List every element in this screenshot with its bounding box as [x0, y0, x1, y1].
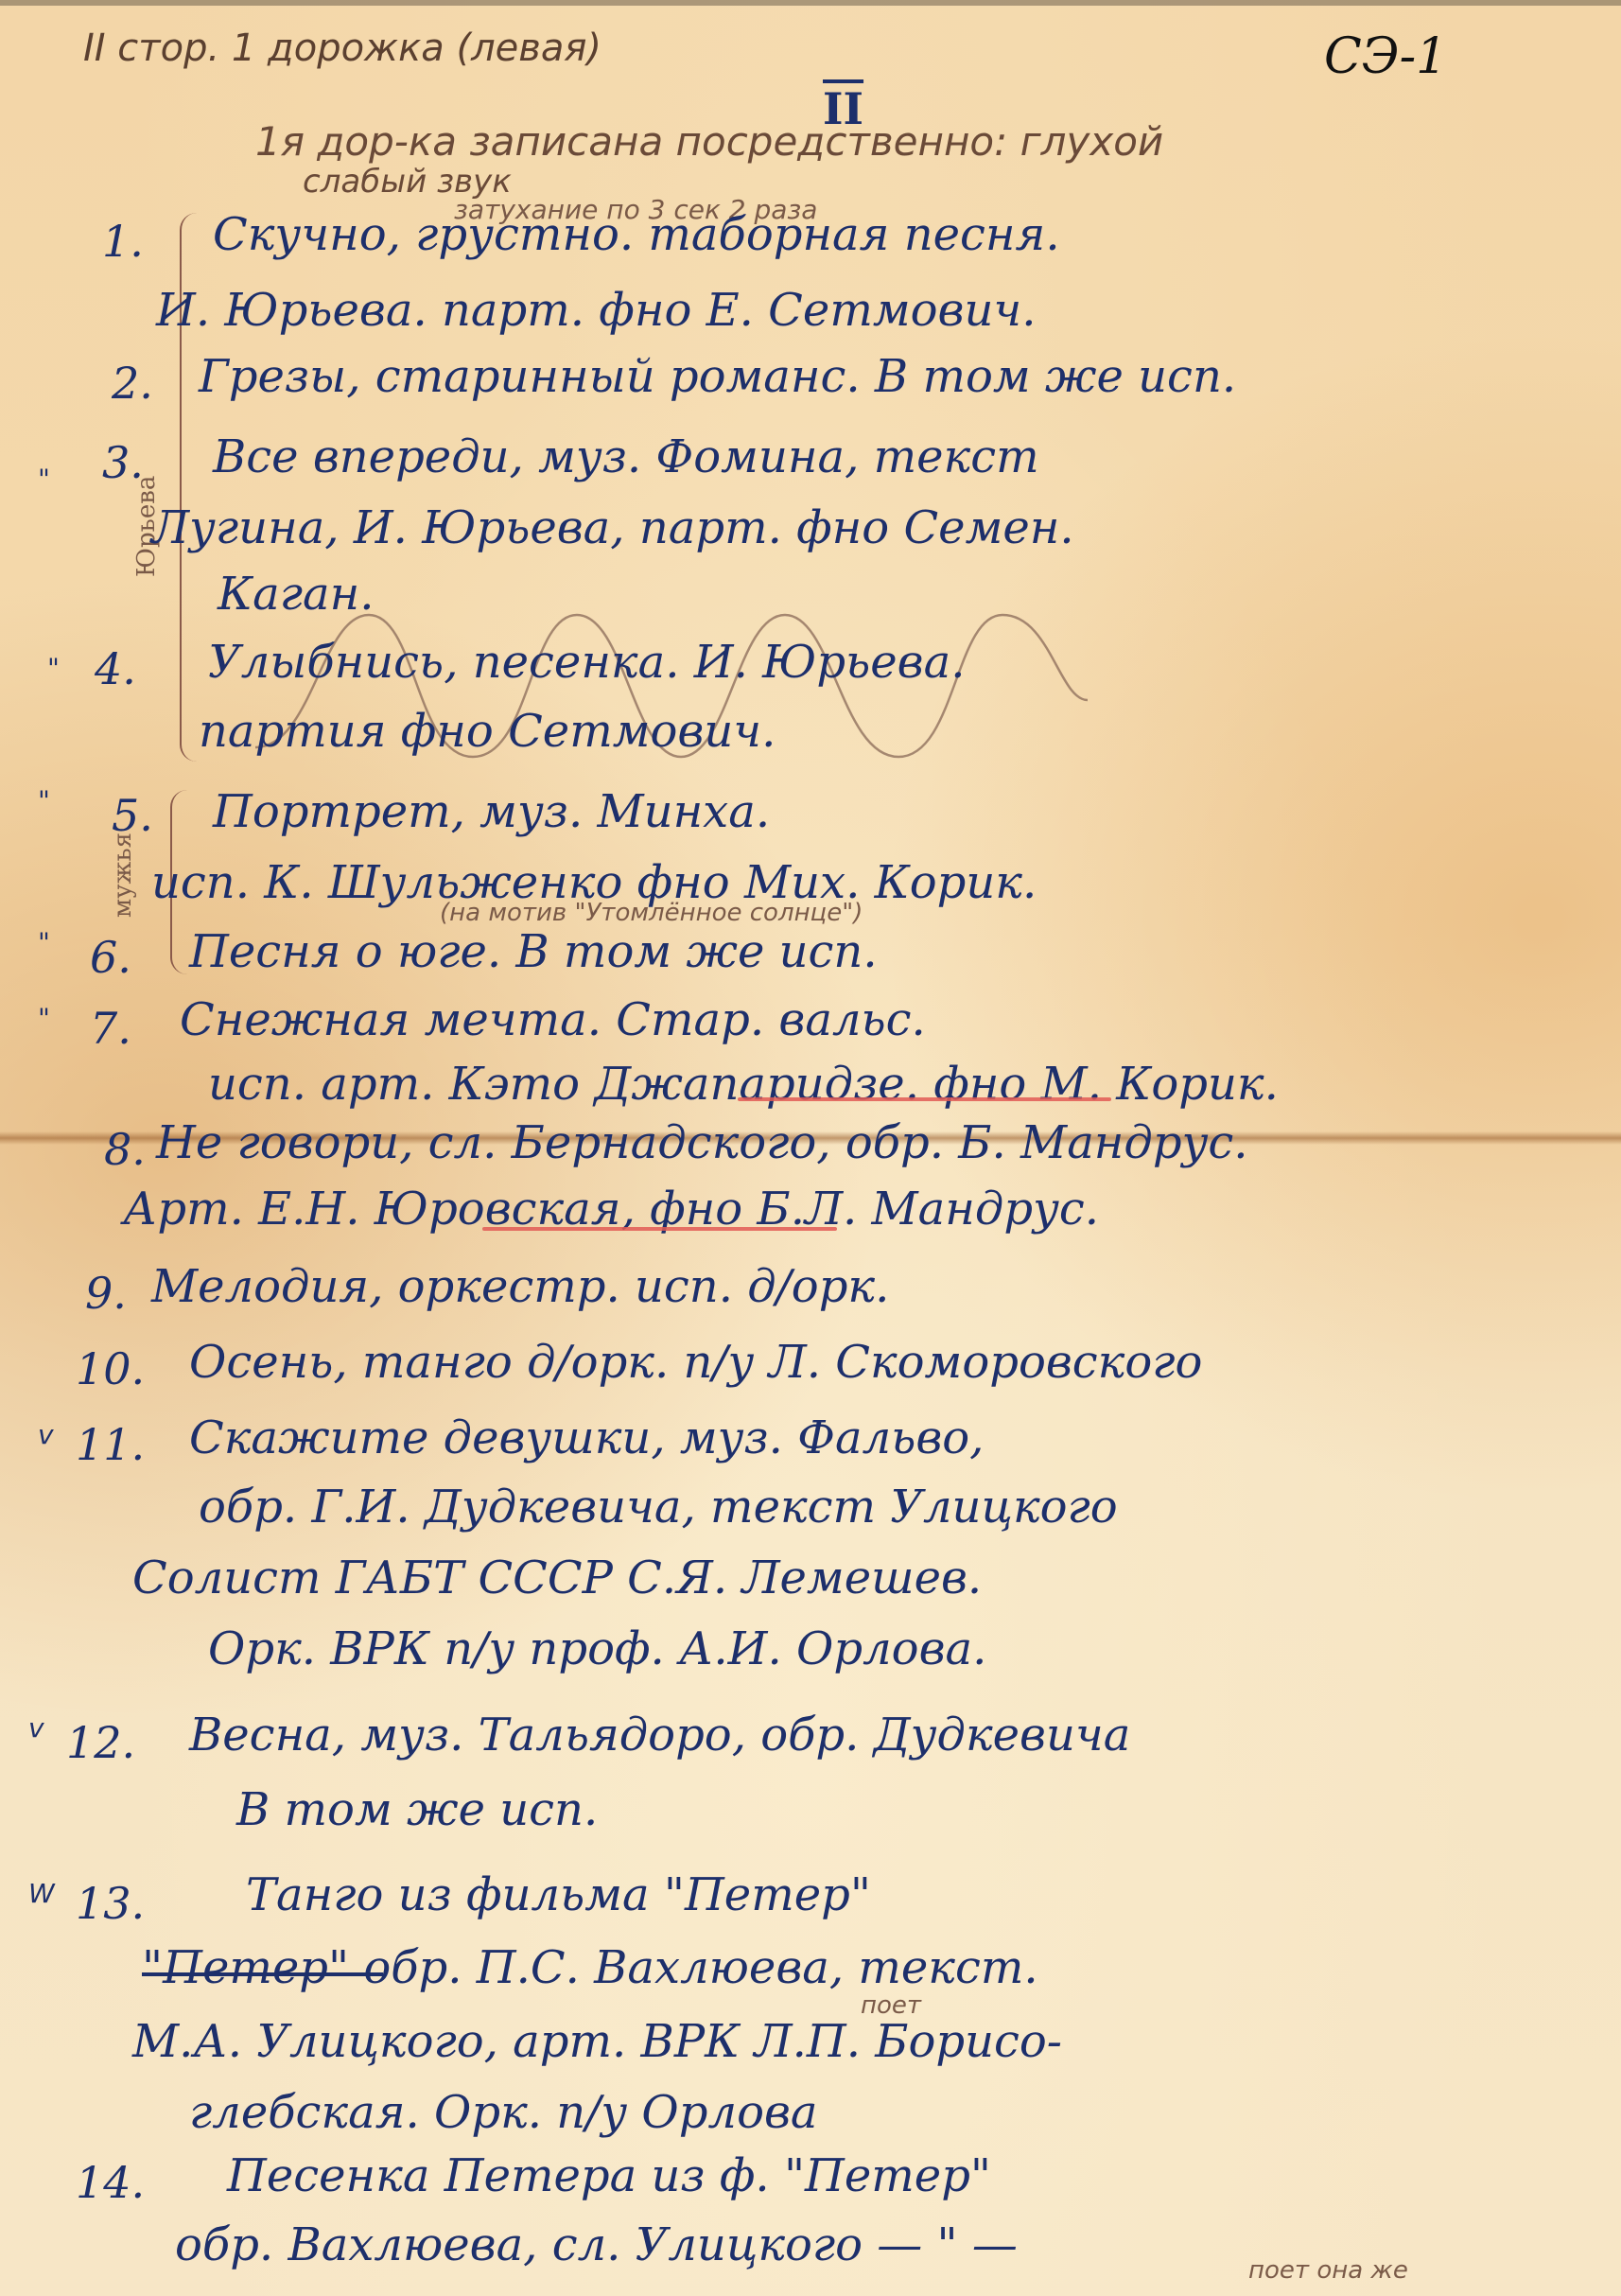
header-side-track: II стор. 1 дорожка (левая) [83, 26, 601, 70]
entry-line: партия фно Сетмович. [199, 705, 776, 758]
header-catalog-code: СЭ-1 [1324, 28, 1447, 85]
entry-line: И. Юрьева. парт. фно Е. Сетмович. [156, 284, 1037, 337]
entry-line: Снежная мечта. Стар. вальс. [180, 993, 926, 1046]
entry-line: обр. Вахлюева, сл. Улицкого — " — [175, 2218, 1018, 2271]
entry-line: Танго из фильма "Петер" [246, 1868, 871, 1921]
entry-line: М.А. Улицкого, арт. ВРК Л.П. Борисо- [132, 2015, 1062, 2068]
margin-tick: " [38, 464, 50, 495]
entry-number: 8. [104, 1124, 146, 1175]
margin-tick: " [38, 785, 50, 816]
entry-number: 2. [112, 358, 153, 409]
entry-line: Не говори, сл. Бернадского, обр. Б. Манд… [156, 1116, 1248, 1169]
quality-note: 1я дор-ка записана посредственно: глухой [255, 118, 1163, 165]
margin-tick: " [47, 653, 60, 684]
margin-tick: " [38, 1003, 50, 1034]
entry-line: Осень, танго д/орк. п/у Л. Скоморовского [189, 1336, 1202, 1389]
entry-number: 13. [76, 1878, 145, 1929]
entry-number: 11. [76, 1419, 145, 1470]
entry-line: Портрет, муз. Минха. [213, 785, 770, 838]
entry-line: "Петер" обр. П.С. Вахлюева, текст. [142, 1941, 1038, 1994]
entry-number: 10. [76, 1343, 145, 1394]
entry-number: 14. [76, 2157, 145, 2208]
entry-line: В том же исп. [236, 1783, 598, 1836]
entry-line: Лугина, И. Юрьева, парт. фно Семен. [151, 501, 1074, 554]
entry-line: Орк. ВРК п/у проф. А.И. Орлова. [208, 1622, 986, 1675]
entry-line: Песенка Петера из ф. "Петер" [227, 2149, 991, 2202]
entry-line: исп. арт. Кэто Джапаридзе. фно М. Корик. [208, 1058, 1279, 1111]
entry-line: Мелодия, оркестр. исп. д/орк. [151, 1260, 889, 1313]
entry-line: Грезы, старинный романс. В том же исп. [199, 350, 1236, 403]
entry-annotation-she-sings: поет она же [1248, 2256, 1408, 2285]
strikethrough-peter [142, 1972, 383, 1976]
entry-line: обр. Г.И. Дудкевича, текст Улицкого [199, 1481, 1118, 1534]
red-underline-dzhaparidze [738, 1097, 1111, 1101]
paper-top-edge [0, 0, 1621, 6]
entry-line: глебская. Орк. п/у Орлова [189, 2086, 818, 2139]
entry-number: 12. [66, 1717, 135, 1768]
entry-number: 1. [102, 216, 144, 267]
margin-tick: v [38, 1419, 54, 1450]
entry-line: Скучно, грустно. таборная песня. [213, 208, 1060, 261]
margin-tick: W [28, 1878, 55, 1909]
entry-number: 5. [112, 790, 153, 841]
entry-number: 9. [85, 1268, 127, 1319]
entry-number: 4. [95, 643, 136, 694]
entry-number: 3. [102, 437, 144, 488]
entry-line: Все впереди, муз. Фомина, текст [213, 430, 1039, 483]
entry-line: Скажите девушки, муз. Фальво, [189, 1411, 984, 1464]
entry-annotation: (на мотив "Утомлённое солнце") [440, 899, 863, 927]
entry-line: Солист ГАБТ СССР С.Я. Лемешев. [132, 1551, 982, 1604]
entry-number: 6. [90, 932, 131, 983]
margin-tick: v [28, 1712, 44, 1744]
entry-line: Каган. [218, 568, 375, 621]
entry-number: 7. [90, 1003, 131, 1054]
entry-line: Весна, муз. Тальядоро, обр. Дудкевича [189, 1709, 1130, 1761]
entry-line: Улыбнись, песенка. И. Юрьева. [208, 636, 965, 689]
margin-label-group-2: мужья [109, 833, 137, 918]
entry-line: Песня о юге. В том же исп. [189, 925, 878, 978]
red-underline-yurovskaya [482, 1227, 837, 1231]
margin-tick: " [38, 927, 50, 958]
